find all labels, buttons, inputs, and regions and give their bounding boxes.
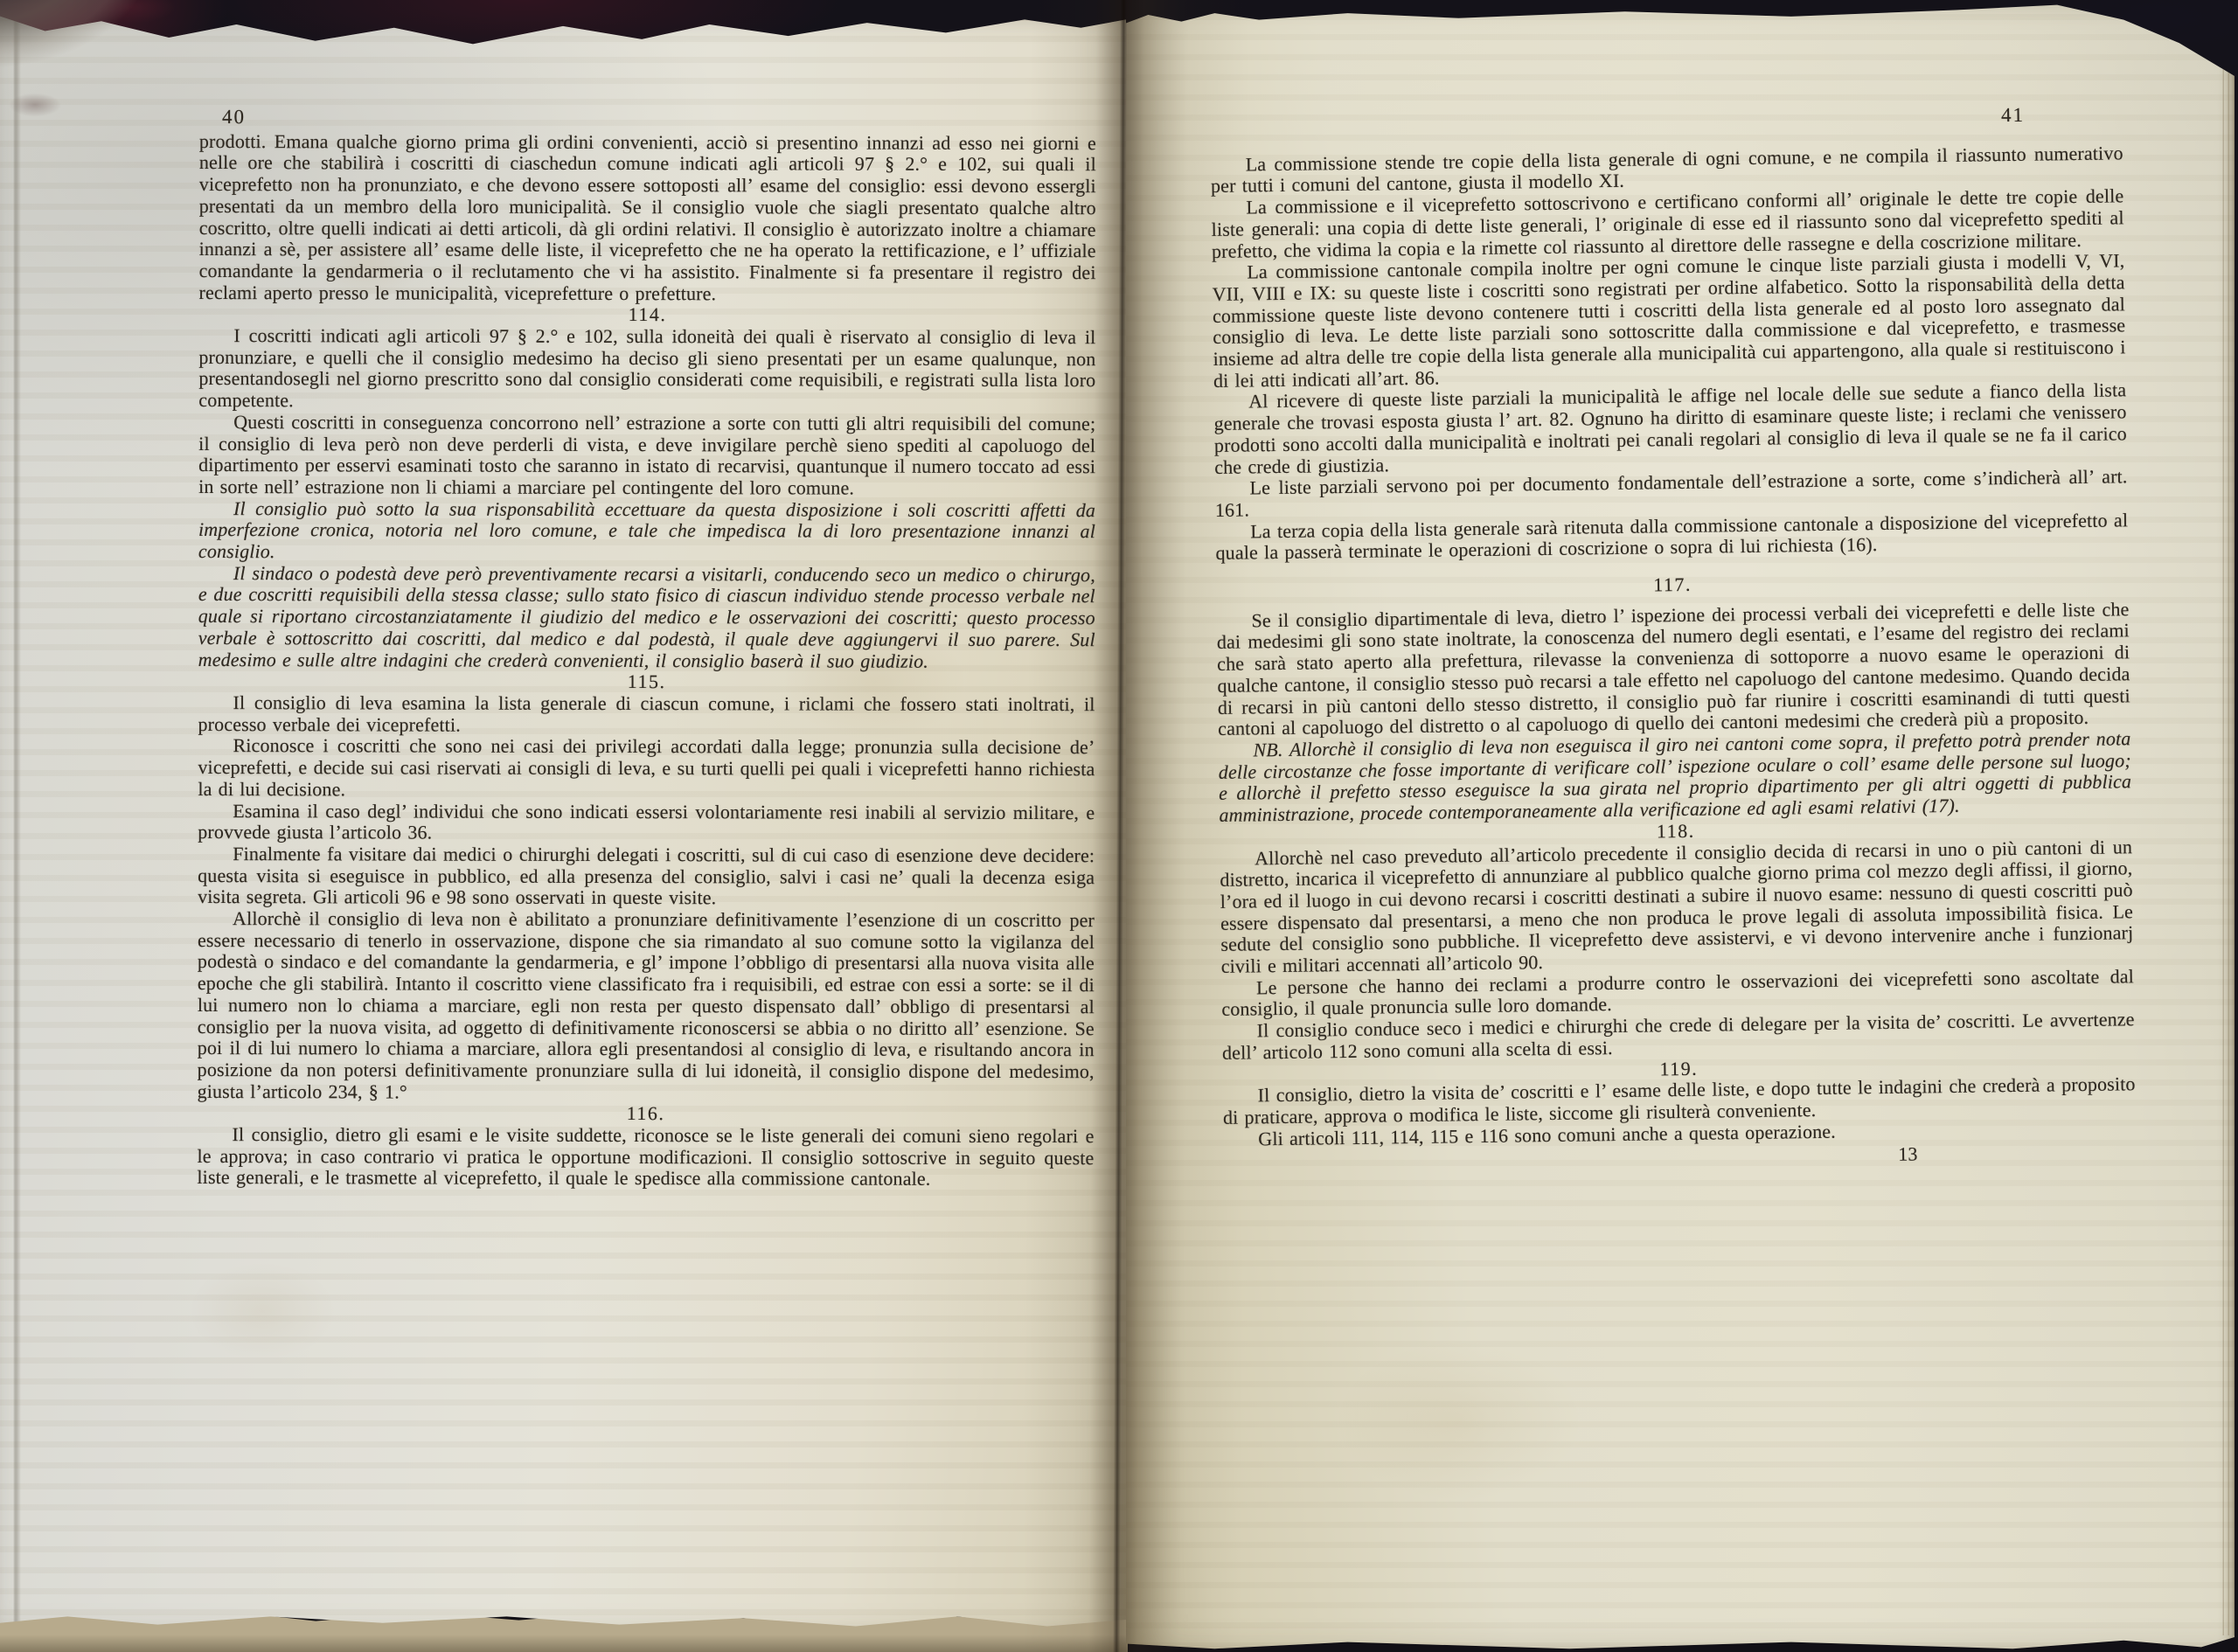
- paragraph: Il consiglio di leva esamina la lista ge…: [198, 692, 1095, 738]
- book-spread-photo: 40 prodotti. Emana qualche giorno prima …: [0, 0, 2238, 1652]
- paragraph-italic-nb: NB. Allorchè il consiglio di leva non es…: [1218, 728, 2131, 826]
- paragraph: Questi coscritti in conseguenza concorro…: [198, 412, 1095, 500]
- paragraph: Riconosce i coscritti che sono nei casi …: [198, 735, 1095, 802]
- paragraph: Il consiglio, dietro gli esami e le visi…: [197, 1124, 1094, 1190]
- paragraph-italic: Il consiglio può sotto la sua risponsabi…: [198, 498, 1095, 565]
- paragraph: I coscritti indicati agli articoli 97 § …: [198, 325, 1095, 413]
- paragraph: Allorchè nel caso preveduto all’articolo…: [1220, 836, 2134, 978]
- paragraph-italic: Il sindaco o podestà deve però preventiv…: [198, 563, 1095, 673]
- article-heading-114: 114.: [198, 303, 1095, 327]
- article-heading-117: 117.: [1216, 568, 2129, 601]
- paragraph: Se il consiglio dipartimentale di leva, …: [1216, 599, 2130, 740]
- page-number-left: 40: [199, 107, 1096, 130]
- paragraph: prodotti. Emana qualche giorno prima gli…: [199, 131, 1096, 306]
- paragraph: Esamina il caso degl’ individui che sono…: [198, 800, 1095, 845]
- left-page-text-block: 40 prodotti. Emana qualche giorno prima …: [196, 107, 1096, 1621]
- paragraph: Al ricevere di queste liste parziali la …: [1213, 380, 2127, 478]
- paragraph: La commissione cantonale compila inoltre…: [1212, 251, 2126, 392]
- article-heading-115: 115.: [198, 670, 1095, 694]
- paragraph: Finalmente fa visitare dai medici o chir…: [198, 843, 1095, 910]
- paragraph: Allorchè il consiglio di leva non è abil…: [198, 908, 1095, 1104]
- article-heading-116: 116.: [198, 1102, 1095, 1126]
- right-page-text-block: 41 La commissione stende tre copie della…: [1210, 103, 2142, 1558]
